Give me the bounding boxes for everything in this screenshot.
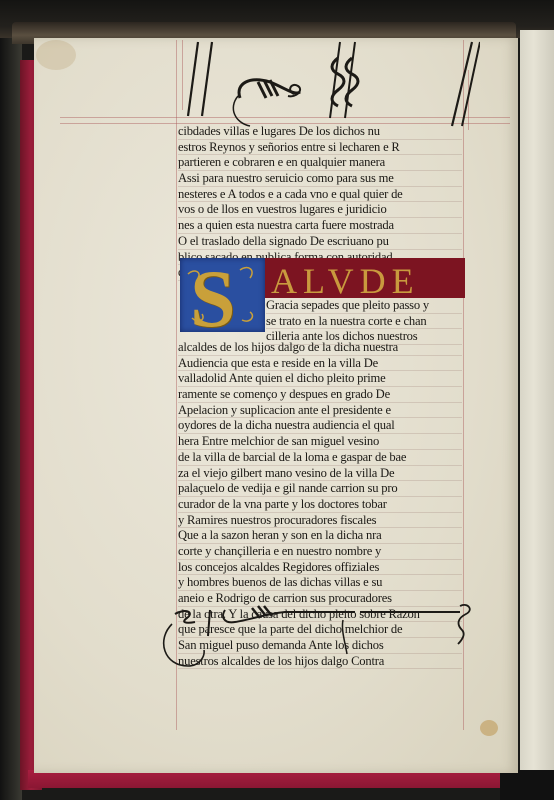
text-line: corte y chançilleria e en nuestro nombre… <box>178 544 462 560</box>
text-line: vos o de llos en vuestros lugares e juri… <box>178 202 462 218</box>
illuminated-initial: S <box>180 258 265 332</box>
text-line: de la villa de barcial de la loma e gasp… <box>178 450 462 466</box>
rubric-band: ALVDE <box>265 258 465 298</box>
text-line: palaçuelo de vedija e gil nande carrion … <box>178 481 462 497</box>
text-line: y Ramires nuestros procuradores fiscales <box>178 513 462 529</box>
text-line: curador de la vna parte y los doctores t… <box>178 497 462 513</box>
text-block-beside-initial: Gracia sepades que pleito passo y se tra… <box>266 298 462 345</box>
text-line: y hombres buenos de las dichas villas e … <box>178 575 462 591</box>
text-line: se trato en la nuestra corte e chan <box>266 314 462 330</box>
text-line: Apelacion y suplicacion ante el presiden… <box>178 403 462 419</box>
facing-page-edge <box>520 30 554 800</box>
text-line: partieren e cobraren e en qualquier mane… <box>178 155 462 171</box>
text-line: hera Entre melchior de san miguel vesino <box>178 434 462 450</box>
text-line: ramente se començo y despues en grado De <box>178 387 462 403</box>
text-line: los concejos alcaldes Regidores offizial… <box>178 560 462 576</box>
stain <box>36 40 76 70</box>
text-line: Que a la sazon heran y son en la dicha n… <box>178 528 462 544</box>
bottom-flourish-icon <box>160 600 490 680</box>
text-line: oydores de la dicha nuestra audiencia el… <box>178 418 462 434</box>
gold-flourish-icon <box>180 258 265 332</box>
text-line: za el viejo gilbert mano vesino de la vi… <box>178 466 462 482</box>
stain <box>480 720 498 736</box>
top-flourish-icon <box>180 38 480 128</box>
text-line: Gracia sepades que pleito passo y <box>266 298 462 314</box>
text-line: O el traslado della signado De escriuano… <box>178 234 462 250</box>
background-corner <box>500 770 554 800</box>
book-spine <box>0 0 22 800</box>
rubric-text: ALVDE <box>271 260 420 302</box>
text-line: nesteres e A todos e a cada vno e qual q… <box>178 187 462 203</box>
text-line: Assi para nuestro seruicio como para sus… <box>178 171 462 187</box>
text-line: alcaldes de los hijos dalgo de la dicha … <box>178 340 462 356</box>
text-line: estros Reynos y señorios entre si lechar… <box>178 140 462 156</box>
text-line: Audiencia que esta e reside en la villa … <box>178 356 462 372</box>
text-line: cibdades villas e lugares De los dichos … <box>178 124 462 140</box>
text-line: valladolid Ante quien el dicho pleito pr… <box>178 371 462 387</box>
text-line: nes a quien esta nuestra carta fuere mos… <box>178 218 462 234</box>
